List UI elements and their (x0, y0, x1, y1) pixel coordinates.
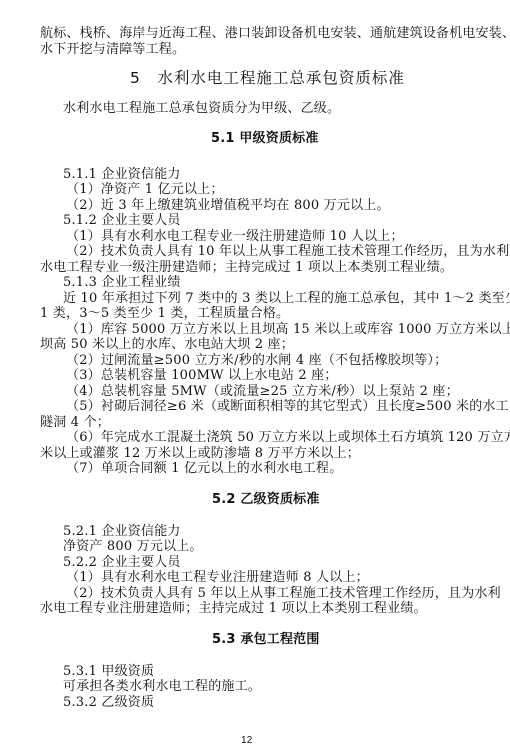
clause-heading: 5.1.2 企业主要人员 (63, 213, 181, 229)
body-text: 近 10 年承担过下列 7 类中的 3 类以上工程的施工总承包，其中 1～2 类… (63, 291, 510, 307)
section-heading: 5 水利水电工程施工总承包资质标准 (130, 70, 405, 86)
body-text: 净资产 800 万元以上。 (63, 539, 203, 555)
subsection-heading: 5.2 乙级资质标准 (212, 492, 320, 508)
clause-heading: 5.2.2 企业主要人员 (63, 555, 181, 571)
subsection-heading: 5.3 承包工程范围 (212, 632, 320, 648)
subsection-heading: 5.1 甲级资质标准 (211, 131, 319, 147)
body-text: （2）技术负责人具有 10 年以上从事工程施工技术管理工作经历，且为水利 (66, 244, 509, 260)
body-text: 1 类，3～5 类至少 1 类，工程质量合格。 (40, 306, 289, 322)
body-text: （2）近 3 年上缴建筑业增值税平均在 800 万元以上。 (66, 198, 390, 214)
clause-heading: 5.1.3 企业工程业绩 (63, 275, 181, 291)
clause-heading: 5.3.1 甲级资质 (63, 664, 154, 680)
body-text: （1）库容 5000 万立方米以上且坝高 15 米以上或库容 1000 万立方米… (66, 322, 510, 338)
body-text: 水利水电工程施工总承包资质分为甲级、乙级。 (63, 101, 340, 117)
body-text: （6）年完成水工混凝土浇筑 50 万立方米以上或坝体土石方填筑 120 万立方 (66, 430, 510, 446)
body-text: 隧洞 4 个； (40, 415, 110, 431)
clause-heading: 5.1.1 企业资信能力 (63, 167, 181, 183)
body-text: （1）具有水利水电工程专业一级注册建造师 10 人以上； (66, 229, 404, 245)
body-text: （5）衬砌后洞径≥6 米（或断面积相等的其它型式）且长度≥500 米的水工 (66, 399, 509, 415)
clause-heading: 5.2.1 企业资信能力 (63, 524, 181, 540)
body-text: 水电工程专业注册建造师；主持完成过 1 项以上本类别工程业绩。 (40, 601, 427, 617)
body-text: 可承担各类水利水电工程的施工。 (63, 679, 261, 695)
body-text: 米以上或灌浆 12 万米以上或防渗墙 8 万平方米以上； (40, 446, 360, 462)
body-text: （7）单项合同额 1 亿元以上的水利水电工程。 (66, 461, 342, 477)
body-text: 水下开挖与清障等工程。 (40, 42, 185, 58)
body-text: 水电工程专业一级注册建造师；主持完成过 1 项以上本类别工程业绩。 (40, 260, 453, 276)
body-text: （2）技术负责人具有 5 年以上从事工程施工技术管理工作经历，且为水利 (66, 586, 501, 602)
body-text: （2）过闸流量≥500 立方米/秒的水闸 4 座（不包括橡胶坝等）； (66, 353, 447, 369)
clause-heading: 5.3.2 乙级资质 (63, 695, 154, 711)
page-number: 12 (241, 733, 253, 749)
body-text: （3）总装机容量 100MW 以上水电站 2 座； (66, 368, 338, 384)
body-text: 坝高 50 米以上的水库、水电站大坝 2 座； (40, 337, 294, 353)
body-text: 航标、栈桥、海岸与近海工程、港口装卸设备机电安装、通航建筑设备机电安装、 (40, 26, 510, 42)
body-text: （1）具有水利水电工程专业注册建造师 8 人以上； (66, 570, 369, 586)
body-text: （1）净资产 1 亿元以上； (66, 182, 224, 198)
body-text: （4）总装机容量 5MW（或流量≥25 立方米/秒）以上泵站 2 座； (66, 384, 459, 400)
